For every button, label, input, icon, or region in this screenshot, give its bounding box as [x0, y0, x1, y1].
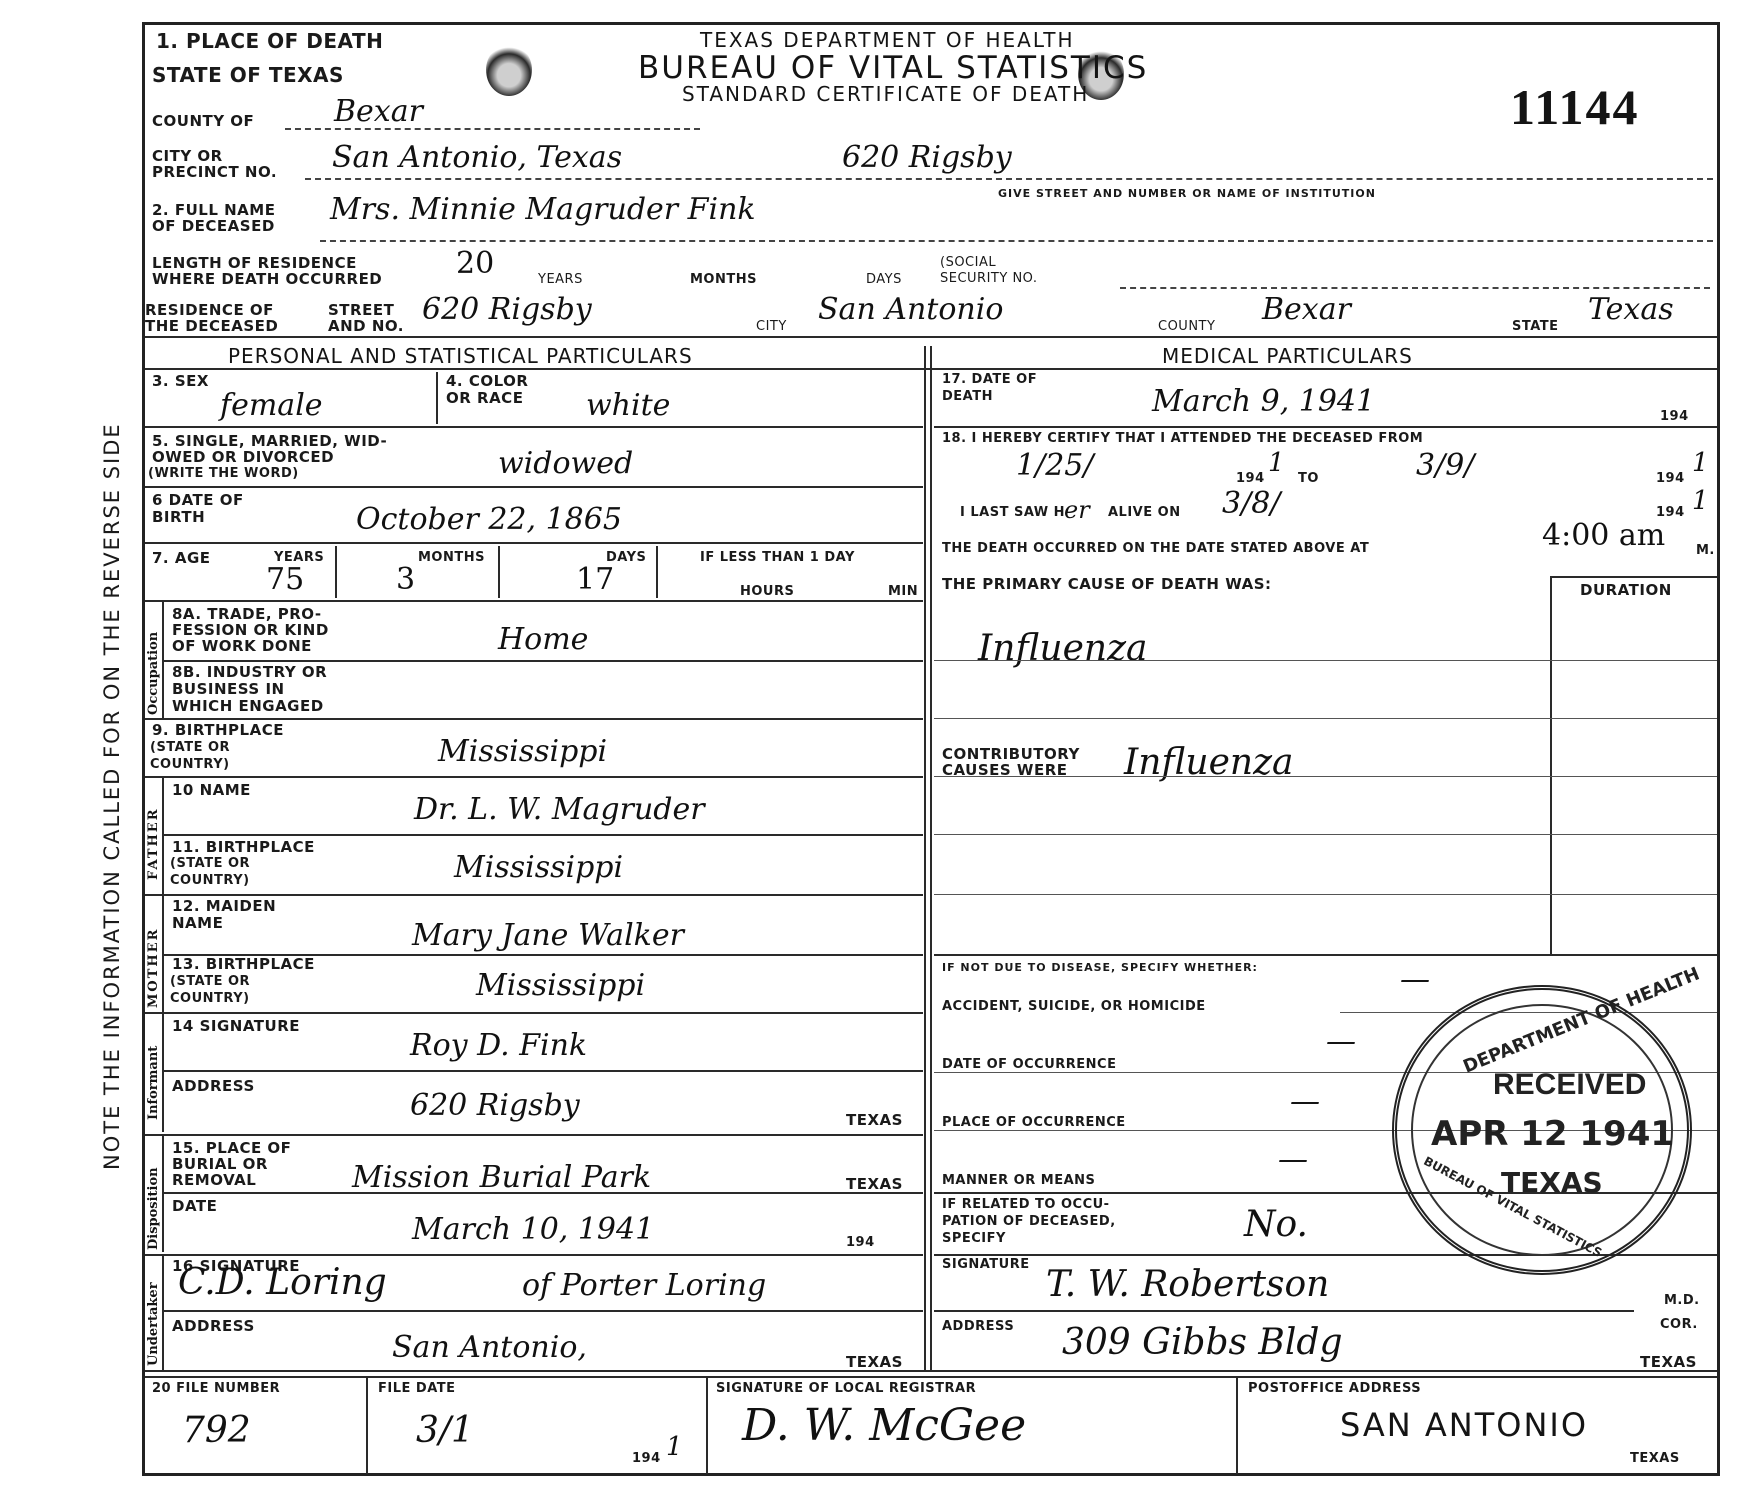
last-saw-date: 3/8/	[1222, 486, 1280, 521]
father-birthplace-label-3: COUNTRY)	[170, 874, 250, 888]
city-value: San Antonio, Texas	[332, 140, 622, 175]
file-date-label: FILE DATE	[378, 1382, 456, 1396]
last-saw-label: I LAST SAW H	[960, 506, 1065, 520]
personal-section-title: PERSONAL AND STATISTICAL PARTICULARS	[228, 344, 693, 368]
residence-label: RESIDENCE OF	[145, 302, 274, 318]
residence-state: Texas	[1588, 292, 1674, 327]
burial-label: 15. PLACE OF	[172, 1140, 291, 1156]
undertaker-texas: TEXAS	[846, 1354, 903, 1370]
father-side-label: FATHER	[146, 807, 161, 880]
birthplace-value: Mississippi	[438, 734, 607, 769]
stamp-state: TEXAS	[1501, 1166, 1603, 1199]
birthplace-label-2: (STATE OR	[150, 741, 230, 755]
cause-line	[934, 776, 1717, 777]
father-name-label: 10 NAME	[172, 782, 251, 798]
stamp-received: RECEIVED	[1493, 1068, 1646, 1102]
industry-label: 8B. INDUSTRY OR	[172, 664, 327, 680]
street-no-label-2: AND NO.	[328, 318, 404, 334]
center-divider	[924, 346, 926, 1370]
undertaker-address-label: ADDRESS	[172, 1318, 255, 1334]
deceased-name: Mrs. Minnie Magruder Fink	[330, 192, 756, 227]
row-line	[145, 776, 923, 778]
certify-label: 18. I HEREBY CERTIFY THAT I ATTENDED THE…	[942, 432, 1423, 446]
last-saw-pronoun: er	[1064, 496, 1090, 524]
duration-top	[1552, 576, 1717, 578]
trade-label: 8A. TRADE, PRO-	[172, 606, 322, 622]
row-line	[162, 1310, 923, 1312]
min-label: MIN	[888, 585, 918, 599]
place-of-death-label: 1. PLACE OF DEATH	[156, 30, 383, 52]
primary-cause: Influenza	[978, 628, 1148, 669]
row-line	[162, 1070, 923, 1072]
burial-label-2: BURIAL OR	[172, 1156, 268, 1172]
footer-top-line	[145, 1370, 1717, 1372]
postoffice-label: POSTOFFICE ADDRESS	[1248, 1382, 1421, 1396]
undertaker-bracket	[162, 1256, 164, 1370]
attended-to-year-suffix: 194	[1656, 472, 1685, 486]
street-value: 620 Rigsby	[842, 140, 1012, 175]
attended-to: 3/9/	[1416, 448, 1474, 483]
residence-county-label: COUNTY	[1158, 320, 1215, 334]
occurrence-date-dash: —	[1326, 1024, 1356, 1059]
medical-section-title: MEDICAL PARTICULARS	[1162, 344, 1413, 368]
department-title: TEXAS DEPARTMENT OF HEALTH	[700, 28, 1074, 52]
mother-birthplace-label-2: (STATE OR	[170, 975, 250, 989]
manner-dash: —	[1278, 1142, 1308, 1177]
row-line	[145, 426, 923, 428]
physician-texas: TEXAS	[1640, 1354, 1697, 1370]
county-label: COUNTY OF	[152, 113, 254, 129]
footer-divider	[366, 1378, 368, 1474]
county-value: Bexar	[334, 94, 423, 129]
footer-divider	[706, 1378, 708, 1474]
stamp-date: APR 12 1941	[1431, 1114, 1674, 1154]
months-label: MONTHS	[690, 273, 757, 287]
trade-value: Home	[498, 622, 588, 657]
not-disease-label: IF NOT DUE TO DISEASE, SPECIFY WHETHER:	[942, 962, 1258, 974]
marital-label-3: (WRITE THE WORD)	[148, 467, 299, 481]
industry-label-2: BUSINESS IN	[172, 681, 285, 697]
occurrence-place-label: PLACE OF OCCURRENCE	[942, 1116, 1126, 1130]
registrar-label: SIGNATURE OF LOCAL REGISTRAR	[716, 1382, 976, 1396]
ssn-label: (SOCIAL	[940, 256, 996, 270]
color-label: 4. COLOR	[446, 373, 528, 389]
residence-street: 620 Rigsby	[422, 292, 592, 327]
age-days: 17	[576, 562, 614, 597]
last-saw-label-2: ALIVE ON	[1108, 506, 1181, 520]
father-birthplace-label-2: (STATE OR	[170, 857, 250, 871]
death-year-suffix: 194	[1660, 410, 1689, 424]
sex-value: female	[220, 388, 323, 423]
informant-name: Roy D. Fink	[410, 1028, 587, 1063]
occurrence-place-dash: —	[1290, 1084, 1320, 1119]
age-months: 3	[396, 562, 415, 597]
bureau-title: BUREAU OF VITAL STATISTICS	[638, 50, 1148, 86]
days-label: DAYS	[866, 273, 902, 287]
occupation-related-value: No.	[1244, 1204, 1308, 1245]
physician-address-label: ADDRESS	[942, 1320, 1014, 1334]
precinct-label: PRECINCT NO.	[152, 164, 277, 180]
sex-label: 3. SEX	[152, 373, 209, 389]
color-label-2: OR RACE	[446, 390, 523, 406]
postoffice-value: SAN ANTONIO	[1340, 1406, 1588, 1444]
row-line	[145, 1012, 923, 1014]
duration-divider	[1550, 576, 1552, 954]
received-stamp: DEPARTMENT OF HEALTH RECEIVED APR 12 194…	[1392, 985, 1692, 1275]
footer-top-line-2	[145, 1376, 1717, 1378]
informant-address-label: ADDRESS	[172, 1078, 255, 1094]
center-divider-2	[930, 346, 932, 1370]
accident-label: ACCIDENT, SUICIDE, OR HOMICIDE	[942, 1000, 1206, 1014]
disposition-bracket	[162, 1136, 164, 1252]
ssn-label-2: SECURITY NO.	[940, 272, 1038, 286]
undertaker-address: San Antonio,	[392, 1330, 587, 1365]
row-line	[934, 1310, 1634, 1312]
burial-label-3: REMOVAL	[172, 1172, 256, 1188]
age-months-label: MONTHS	[418, 551, 485, 565]
file-year: 1	[666, 1432, 683, 1462]
undertaker-firm: of Porter Loring	[522, 1268, 766, 1303]
row-line	[162, 1192, 923, 1194]
residence-county: Bexar	[1262, 292, 1351, 327]
age-divider	[656, 546, 658, 598]
father-bracket	[162, 778, 164, 894]
duration-label: DURATION	[1580, 582, 1672, 598]
mother-name-label-2: NAME	[172, 915, 223, 931]
age-label: 7. AGE	[152, 550, 211, 566]
residence-state-label: STATE	[1512, 320, 1559, 334]
years-label: YEARS	[538, 273, 583, 287]
mother-birthplace-label-3: COUNTRY)	[170, 992, 250, 1006]
father-name: Dr. L. W. Magruder	[414, 792, 705, 827]
burial-date: March 10, 1941	[412, 1212, 654, 1247]
residence-line	[145, 336, 1717, 338]
attended-to-year: 1	[1692, 448, 1709, 478]
marital-value: widowed	[498, 446, 633, 481]
attended-from: 1/25/	[1016, 448, 1093, 483]
physician-signature: T. W. Robertson	[1046, 1264, 1329, 1305]
mother-birthplace: Mississippi	[476, 968, 645, 1003]
residence-length-label-2: WHERE DEATH OCCURRED	[152, 271, 382, 287]
to-label: TO	[1298, 472, 1319, 486]
undertaker-signature: C.D. Loring	[178, 1262, 387, 1303]
name-label-2: OF DECEASED	[152, 218, 275, 234]
death-date: March 9, 1941	[1152, 384, 1375, 419]
footer-divider	[1236, 1378, 1238, 1474]
punch-hole	[486, 44, 532, 96]
last-saw-year: 1	[1692, 486, 1709, 516]
state-label: STATE OF TEXAS	[152, 64, 344, 86]
name-label: 2. FULL NAME	[152, 202, 275, 218]
reverse-side-note: NOTE THE INFORMATION CALLED FOR ON THE R…	[100, 422, 124, 1170]
physician-address: 309 Gibbs Bldg	[1062, 1322, 1343, 1363]
dob-label-2: BIRTH	[152, 509, 205, 525]
informant-texas: TEXAS	[846, 1112, 903, 1128]
certificate-number: 11144	[1510, 78, 1639, 136]
street-hint: GIVE STREET AND NUMBER OR NAME OF INSTIT…	[998, 188, 1376, 200]
cause-line	[934, 894, 1717, 895]
trade-label-3: OF WORK DONE	[172, 638, 312, 654]
name-line	[320, 240, 1713, 242]
disposition-side-label: Disposition	[146, 1167, 161, 1250]
row-line	[934, 954, 1717, 956]
m-label: M.	[1696, 544, 1715, 558]
file-year-suffix: 194	[632, 1452, 661, 1466]
file-number-label: 20 FILE NUMBER	[152, 1382, 280, 1396]
death-date-label: 17. DATE OF	[942, 373, 1037, 387]
occupation-related-label: IF RELATED TO OCCU-	[942, 1198, 1110, 1212]
sex-color-divider	[436, 372, 438, 424]
row-line	[934, 426, 1717, 428]
industry-label-3: WHICH ENGAGED	[172, 698, 324, 714]
row-line	[162, 834, 923, 836]
trade-label-2: FESSION OR KIND	[172, 622, 329, 638]
street-no-label: STREET	[328, 302, 394, 318]
mother-name-label: 12. MAIDEN	[172, 898, 276, 914]
county-line	[285, 128, 700, 130]
row-line	[145, 486, 923, 488]
informant-label: 14 SIGNATURE	[172, 1018, 300, 1034]
md-label: M.D.	[1664, 1294, 1700, 1308]
cause-line	[934, 718, 1717, 719]
file-number: 792	[182, 1410, 251, 1451]
residence-length-label: LENGTH OF RESIDENCE	[152, 255, 357, 271]
burial-date-label: DATE	[172, 1198, 217, 1214]
father-birthplace: Mississippi	[454, 850, 623, 885]
marital-label: 5. SINGLE, MARRIED, WID-	[152, 433, 387, 449]
ssn-line	[1120, 287, 1710, 289]
dob-value: October 22, 1865	[356, 502, 622, 537]
marital-label-2: OWED OR DIVORCED	[152, 449, 334, 465]
age-years: 75	[266, 562, 304, 597]
row-line	[145, 894, 923, 896]
mother-name: Mary Jane Walker	[412, 918, 684, 953]
mother-birthplace-label: 13. BIRTHPLACE	[172, 956, 315, 972]
informant-side-label: Informant	[146, 1046, 161, 1120]
row-line	[145, 1134, 923, 1136]
occurred-label: THE DEATH OCCURRED ON THE DATE STATED AB…	[942, 542, 1369, 556]
time-of-death: 4:00 am	[1542, 518, 1665, 553]
burial-year-suffix: 194	[846, 1236, 875, 1250]
death-date-label-2: DEATH	[942, 390, 993, 404]
age-divider	[498, 546, 500, 598]
dob-label: 6 DATE OF	[152, 492, 244, 508]
informant-bracket	[162, 1014, 164, 1132]
file-date: 3/1	[416, 1410, 474, 1451]
less-than-day-label: IF LESS THAN 1 DAY	[700, 551, 855, 565]
occurrence-date-label: DATE OF OCCURRENCE	[942, 1058, 1116, 1072]
contributory-label: CONTRIBUTORY	[942, 746, 1080, 762]
father-birthplace-label: 11. BIRTHPLACE	[172, 839, 315, 855]
city-label: CITY OR	[152, 148, 223, 164]
postoffice-texas: TEXAS	[1630, 1452, 1680, 1466]
certificate-type-title: STANDARD CERTIFICATE OF DEATH	[682, 82, 1089, 106]
attended-from-year: 1	[1268, 448, 1285, 478]
primary-cause-label: THE PRIMARY CAUSE OF DEATH WAS:	[942, 576, 1272, 592]
mother-side-label: MOTHER	[146, 928, 161, 1008]
residence-years: 20	[456, 246, 494, 281]
physician-signature-label: SIGNATURE	[942, 1258, 1030, 1272]
accident-dash: —	[1400, 962, 1430, 997]
residence-city: San Antonio	[818, 292, 1003, 327]
burial-texas: TEXAS	[846, 1176, 903, 1192]
manner-label: MANNER OR MEANS	[942, 1174, 1095, 1188]
residence-city-label: CITY	[756, 320, 787, 334]
attended-from-year-suffix: 194	[1236, 472, 1265, 486]
residence-label-2: THE DECEASED	[145, 318, 278, 334]
age-divider	[335, 546, 337, 598]
row-line	[145, 542, 923, 544]
registrar-signature: D. W. McGee	[742, 1400, 1026, 1451]
informant-address: 620 Rigsby	[410, 1088, 580, 1123]
occupation-related-label-2: PATION OF DECEASED,	[942, 1215, 1116, 1229]
birthplace-label: 9. BIRTHPLACE	[152, 722, 284, 738]
occupation-side-label: Occupation	[146, 632, 161, 715]
cor-label: COR.	[1660, 1318, 1698, 1332]
hours-label: HOURS	[740, 585, 794, 599]
burial-place: Mission Burial Park	[352, 1160, 651, 1195]
cause-line	[934, 834, 1717, 835]
occupation-related-label-3: SPECIFY	[942, 1232, 1006, 1246]
row-line	[162, 660, 923, 662]
row-line	[145, 600, 923, 602]
city-line	[305, 178, 1713, 180]
row-line	[145, 1254, 923, 1256]
cause-line	[934, 660, 1717, 661]
undertaker-side-label: Undertaker	[146, 1282, 161, 1366]
color-value: white	[586, 388, 670, 423]
row-line	[145, 718, 923, 720]
birthplace-label-3: COUNTRY)	[150, 758, 230, 772]
